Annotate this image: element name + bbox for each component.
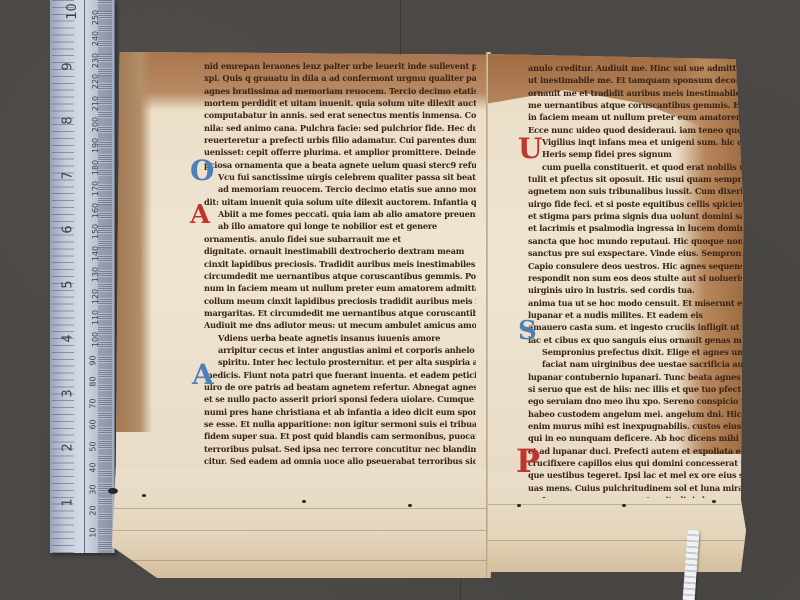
manuscript-line: num in faciem meam ut nullum preter eum …	[204, 282, 476, 294]
decorated-initial: A	[192, 358, 214, 391]
ruler-mm-label: 50	[89, 441, 98, 451]
decorated-initial: U	[518, 132, 542, 165]
manuscript-line: margaritas. Et circumdedit me uernantibu…	[204, 307, 476, 319]
crease-line	[112, 560, 488, 561]
ruler-mm-label: 90	[89, 355, 98, 365]
manuscript-line: mortem perdidit et uitam inuenit. quia s…	[204, 97, 476, 109]
ruler-inch-label: 1	[61, 498, 76, 506]
manuscript-line: et stigma pars prima signis dua uolunt d…	[528, 210, 742, 222]
ruler-mm-label: 70	[89, 398, 98, 408]
manuscript-line: me uernantibus atque coruscantibus gemmi…	[528, 99, 742, 111]
manuscript-line: uirgo fide feci. et si poste equitibus c…	[528, 198, 742, 210]
crease-line	[488, 504, 746, 505]
manuscript-line: Heris semp fidei pres signum	[528, 148, 742, 160]
manuscript-line: sancta que hoc mundo reputaui. Hic quoqu…	[528, 235, 742, 247]
manuscript-line: Abiit a me fomes peccati. quia iam ab al…	[204, 208, 476, 220]
ruler-inch-ticks	[52, 0, 74, 553]
manuscript-left-leaf: nid emrepan leraones lenz palter urbe le…	[112, 52, 488, 578]
sewing-hole	[517, 504, 521, 507]
manuscript-line: reuerteretur a prefecti urbis filio adam…	[204, 134, 476, 146]
manuscript-line: si seruo que est de hiis: nec illis et q…	[528, 383, 742, 395]
manuscript-line: qui in eo nunquam deficere. Ab hoc dicen…	[528, 432, 742, 444]
manuscript-line: lupanar et a nudis milites. Et eadem eis	[528, 309, 742, 321]
manuscript-line: que uestibus tegeret. Ipsi lac et mel ex…	[528, 469, 742, 481]
manuscript-line: anulo creditur. Audiuit me. Hinc sui sue…	[528, 62, 742, 74]
ruler-mm-label: 170	[91, 181, 100, 196]
ruler-mm-label: 140	[91, 246, 100, 261]
manuscript-line: cinxit lapidibus preciosis. Tradidit aur…	[204, 258, 476, 270]
manuscript-bifolium: nid emrepan leraones lenz palter urbe le…	[112, 48, 752, 580]
manuscript-line: lac et cibus ex quo sanguis eius ornauit…	[528, 334, 742, 346]
ruler-mm-label: 180	[91, 160, 100, 175]
manuscript-line: ornauit me et tradidit auribus meis ines…	[528, 87, 742, 99]
ruler-center-line	[84, 0, 85, 553]
manuscript-line: dignitate. ornauit inestimabili dextroch…	[204, 245, 476, 257]
ruler-mm-label: 10	[89, 527, 98, 537]
manuscript-right-leaf: anulo creditur. Audiuit me. Hinc sui sue…	[488, 54, 746, 572]
decorated-initial: P	[516, 442, 540, 480]
manuscript-line: computabatur in annis. sed erat senectus…	[204, 109, 476, 121]
manuscript-line: et ad lupanar duci. Prefecti autem et ex…	[528, 445, 742, 457]
crease-line	[112, 508, 488, 509]
manuscript-line: anima tua ut se hoc modo censuit. Et mis…	[528, 297, 742, 309]
manuscript-line: Vigilius inqt infans mea et unigeni sum.…	[528, 136, 742, 148]
manuscript-line: numi pres hane christiana et ab infantia…	[204, 406, 476, 418]
manuscript-line: amauero casta sum. et ingesto cruciis in…	[528, 321, 742, 333]
manuscript-line: tulit et pfectus sit oposuit. Hic usui q…	[528, 173, 742, 185]
manuscript-line: Sempronius prefectus dixit. Elige et agn…	[528, 346, 742, 358]
decorated-initial: S	[518, 316, 537, 346]
manuscript-line: uenisset: cepit offerre plurima. et ampl…	[204, 146, 476, 158]
manuscript-line: nila: sed animo cana. Pulchra facie: sed…	[204, 122, 476, 134]
ruler-mm-label: 110	[91, 310, 100, 325]
manuscript-line: Ingressa quoque agnes turpitudinis locum…	[528, 494, 742, 498]
manuscript-line: fidem super sua. Et post quid blandis ca…	[204, 430, 476, 442]
manuscript-line: terroribus pulsat. Sed ipsa nec terrore …	[204, 443, 476, 455]
manuscript-line: Vcu fui sanctissime uirgis celebrem qual…	[204, 171, 476, 183]
ruler-mm-label: 200	[91, 117, 100, 132]
left-text-column: nid emrepan leraones lenz palter urbe le…	[204, 60, 476, 492]
manuscript-line: se esse. Et nulla apparitione: non igitu…	[204, 418, 476, 430]
ruler-inch-label: 5	[61, 280, 76, 288]
ruler-mm-label: 150	[91, 224, 100, 239]
ruler-mm-label: 250	[91, 10, 100, 25]
ruler-mm-label: 120	[91, 288, 100, 303]
ruler-mm-label: 210	[91, 95, 100, 110]
manuscript-line: arripitur cecus et inter angustias animi…	[204, 344, 476, 356]
manuscript-line: ego seruiam dno meo ihu xpo. Sereno cons…	[528, 395, 742, 407]
ruler-mm-label: 230	[91, 53, 100, 68]
sewing-hole	[302, 500, 306, 503]
ruler-inch-label: 9	[61, 62, 76, 70]
ruler-inch-label: 10	[65, 3, 80, 20]
ruler-mm-label: 60	[89, 420, 98, 430]
ruler-mm-label: 160	[91, 203, 100, 218]
ruler-mm-label: 40	[89, 463, 98, 473]
manuscript-line: uiro de ore patris ad beatam agnetem ref…	[204, 381, 476, 393]
manuscript-line: sanctus pre sui exspectare. Vinde eius. …	[528, 247, 742, 259]
manuscript-line: spiritu. Inter hec lectulo prosternitur.…	[204, 356, 476, 368]
ruler-mm-label: 30	[89, 484, 98, 494]
manuscript-line: cum puella constituerit. et quod erat no…	[528, 161, 742, 173]
manuscript-line: collum meum cinxit lapidibus preciosis t…	[204, 295, 476, 307]
manuscript-line: ad memoriam reuocem. Tercio decimo etati…	[204, 183, 476, 195]
torn-hole	[108, 488, 118, 494]
manuscript-line: Ecce nunc uideo quod desideraui. iam ten…	[528, 124, 742, 136]
manuscript-line: uirginis uiro in lustris. sed cordis tua…	[528, 284, 742, 296]
manuscript-line: respondit non sum eos deos stulte aut si…	[528, 272, 742, 284]
manuscript-line: pciosa ornamenta que a beata agnete uelu…	[204, 159, 476, 171]
manuscript-line: agnetem non suis tribunalibus iussit. Cu…	[528, 185, 742, 197]
manuscript-line: Vdiens uerba beate agnetis insanus iuuen…	[204, 332, 476, 344]
manuscript-line: habeo custodem angelum mei. angelum dni.…	[528, 408, 742, 420]
water-stain	[112, 52, 152, 432]
crease-line	[488, 540, 746, 541]
manuscript-line: medicis. Fiunt nota patri que fuerant in…	[204, 369, 476, 381]
manuscript-line: in faciem meam ut nullum preter eum amat…	[528, 111, 742, 123]
manuscript-line: enim murus mihi est inexpugnabilis. cust…	[528, 420, 742, 432]
manuscript-line: circumdedit me uernantibus atque corusca…	[204, 270, 476, 282]
sewing-hole	[408, 504, 412, 507]
manuscript-line: Audiuit me dns adiutor meus: ut mecum am…	[204, 319, 476, 331]
sewing-hole	[622, 504, 626, 507]
manuscript-line: ornamentis. anulo fidei sue subarrauit m…	[204, 233, 476, 245]
ruler-mm-label: 240	[91, 31, 100, 46]
ruler-mm-label: 80	[89, 377, 98, 387]
decorated-initial: O	[190, 154, 214, 187]
measuring-ruler: 1234567891010203040506070809010011012013…	[50, 0, 115, 553]
crease-line	[112, 530, 488, 531]
manuscript-line: ut inestimabile me. Et tamquam sponsum d…	[528, 74, 742, 86]
ruler-inch-label: 3	[61, 389, 76, 397]
ruler-inch-label: 8	[61, 116, 76, 124]
manuscript-line: nid emrepan leraones lenz palter urbe le…	[204, 60, 476, 72]
ruler-mm-label: 220	[91, 74, 100, 89]
decorated-initial: A	[190, 200, 210, 230]
ruler-mm-label: 190	[91, 138, 100, 153]
manuscript-line: ab illo amatore qui longe te nobilior es…	[204, 220, 476, 232]
ruler-inch-label: 7	[61, 171, 76, 179]
manuscript-line: citur. Sed eadem ad omnia uoce alio pseu…	[204, 455, 476, 467]
manuscript-line: et lacrimis et psalmodia ingressa in luc…	[528, 222, 742, 234]
manuscript-line: uas mens. Cuius pulchritudinem sol et lu…	[528, 482, 742, 494]
manuscript-line: dit: uitam inuenit quia solum uite dilex…	[204, 196, 476, 208]
ruler-mm-label: 130	[91, 267, 100, 282]
sewing-hole	[712, 500, 716, 503]
manuscript-line: Capio consulere deos uestros. Hic agnes …	[528, 260, 742, 272]
manuscript-line: lupanar contubernio lupanari. Tunc beata…	[528, 371, 742, 383]
ruler-inch-label: 6	[61, 225, 76, 233]
manuscript-line: faciat nam uirginibus dee uestae sacrifi…	[528, 358, 742, 370]
ruler-mm-label: 20	[89, 506, 98, 516]
ruler-inch-label: 2	[61, 443, 76, 451]
manuscript-line: et se nullo pacto asserit priori sponsi …	[204, 393, 476, 405]
ruler-mm-label: 100	[91, 331, 100, 346]
right-text-column: anulo creditur. Audiuit me. Hinc sui sue…	[528, 62, 742, 498]
sewing-hole	[142, 494, 146, 497]
ruler-inch-label: 4	[61, 334, 76, 342]
manuscript-line: agnes bratissima ad memoriam reuocem. Te…	[204, 85, 476, 97]
manuscript-line: crucifixere capillos eius qui domini con…	[528, 457, 742, 469]
manuscript-line: xpi. Quis q grauatu in dila a ad conferm…	[204, 72, 476, 84]
